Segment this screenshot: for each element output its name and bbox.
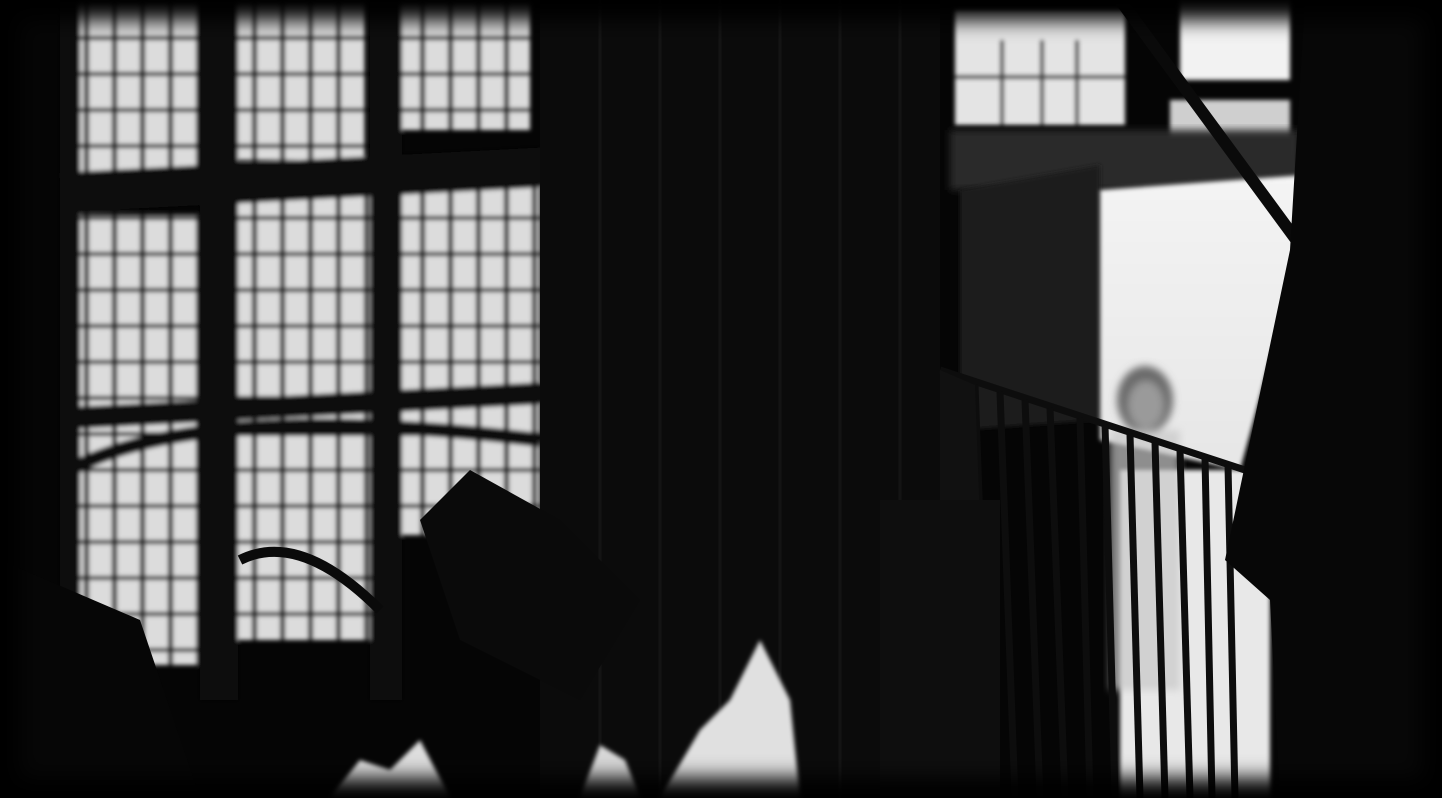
left-door-panel (960, 165, 1100, 430)
figure-at-railing (1110, 366, 1180, 690)
photograph (0, 0, 1442, 798)
